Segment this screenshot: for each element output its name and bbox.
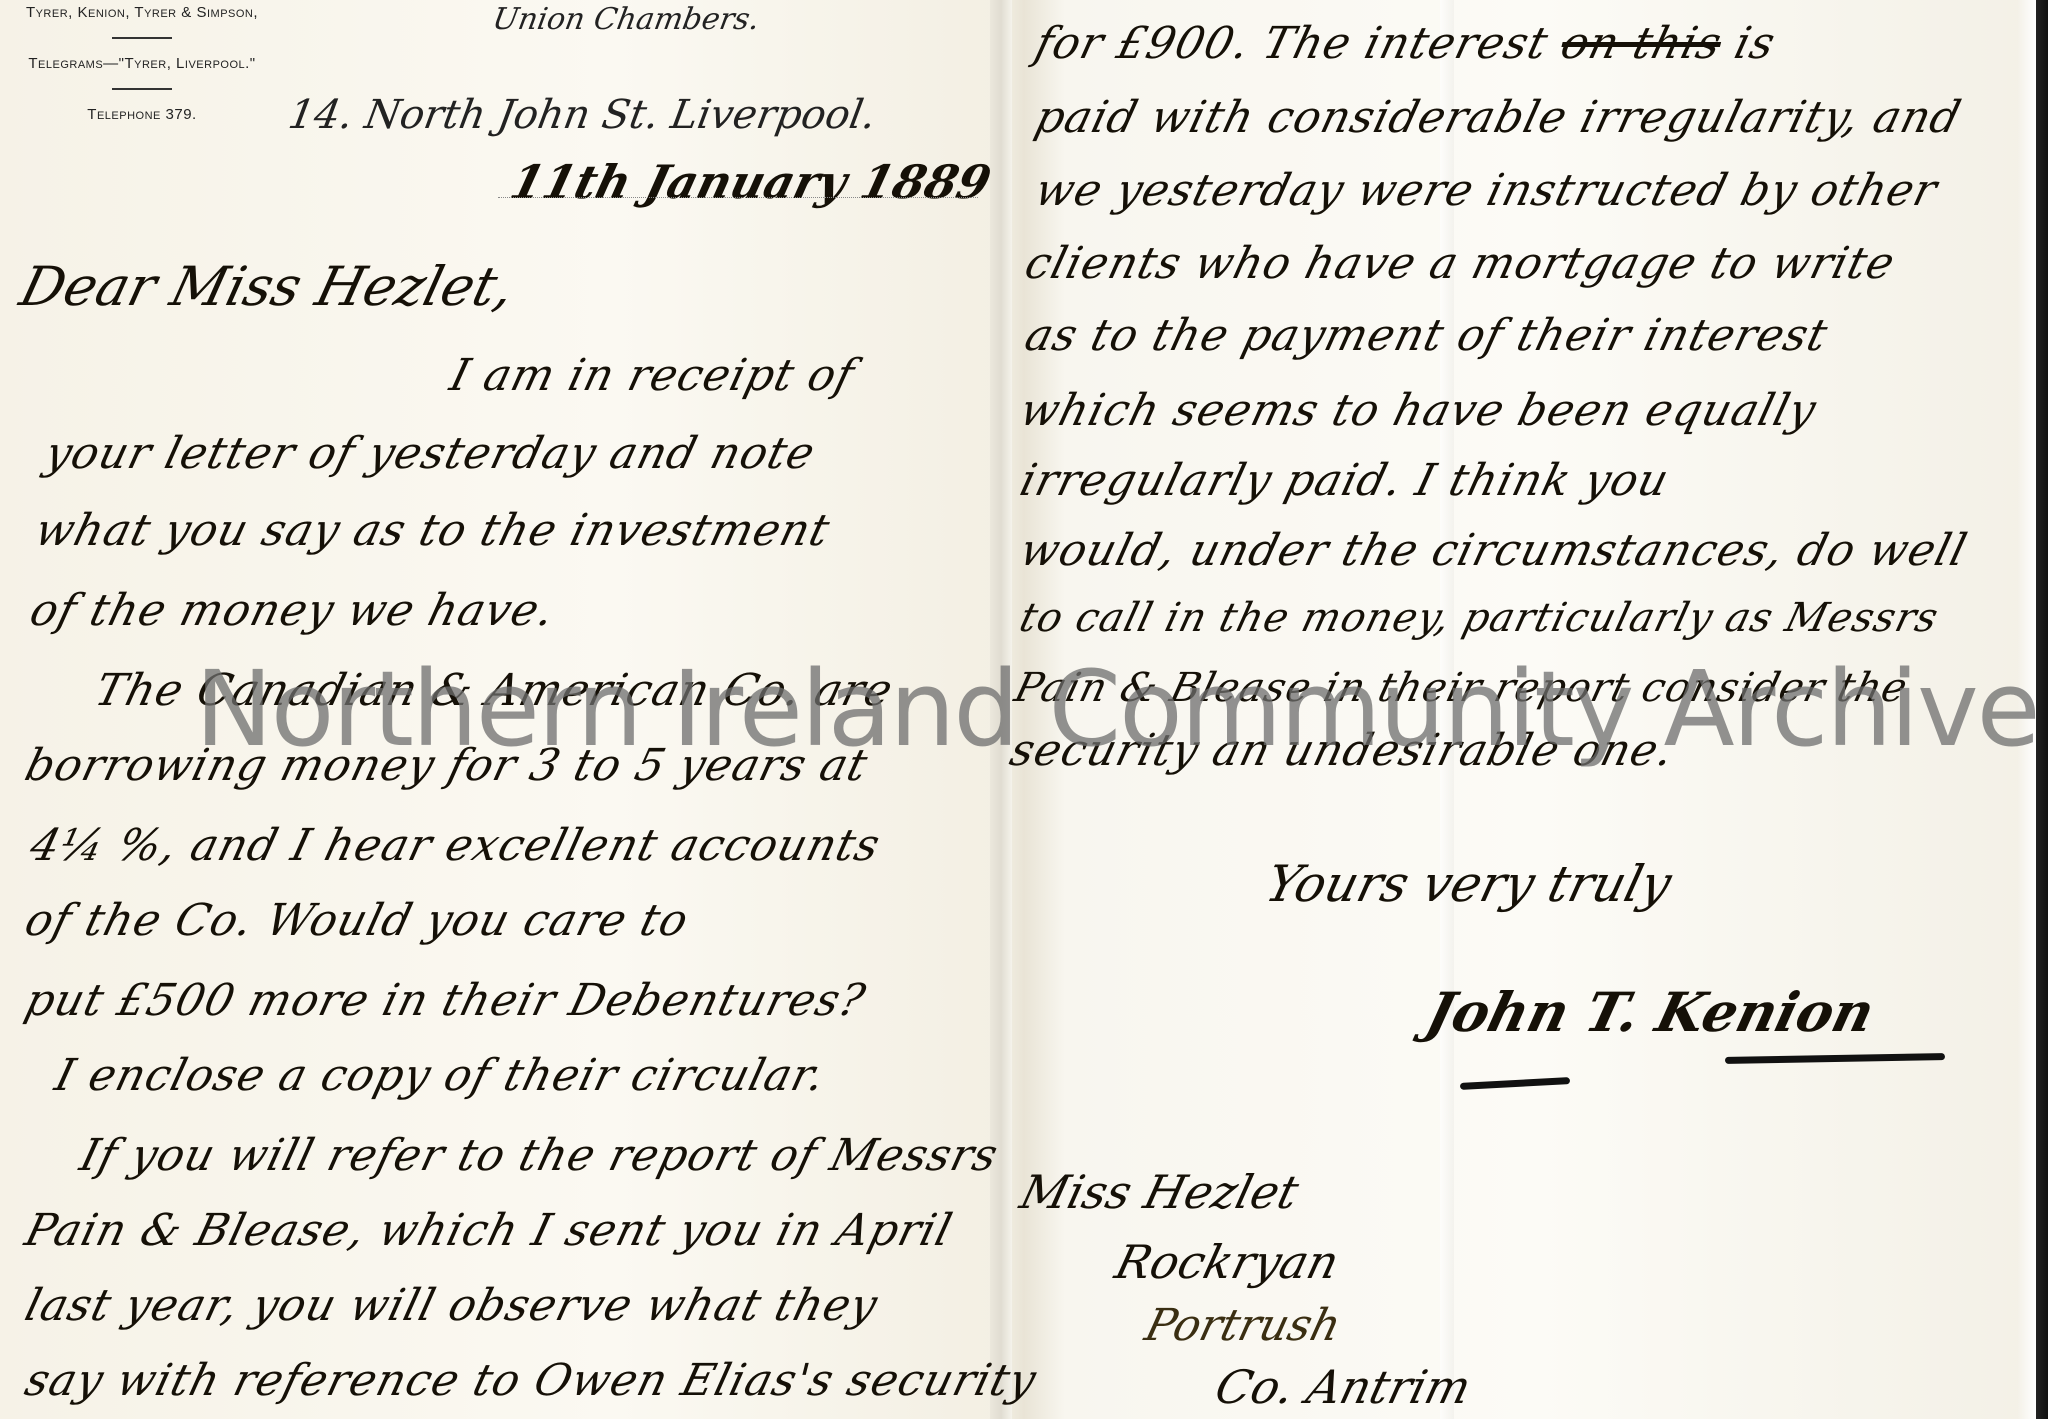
- body-line: 4¼ %, and I hear excellent accounts: [25, 820, 886, 871]
- recipient-house: Rockryan: [1110, 1235, 1344, 1289]
- archive-watermark: Northern Ireland Community Archive: [195, 648, 2039, 770]
- body-line: of the money we have.: [25, 585, 560, 636]
- body-line: put £500 more in their Debentures?: [20, 975, 871, 1026]
- recipient-town: Portrush: [1140, 1300, 1346, 1351]
- salutation: Dear Miss Hezlet,: [14, 255, 521, 318]
- body-line: paid with considerable irregularity, and: [1030, 92, 1966, 143]
- body-line: which seems to have been equally: [1015, 385, 1822, 436]
- letterhead-rule: [112, 88, 172, 90]
- body-line: say with reference to Owen Elias's secur…: [20, 1355, 1042, 1406]
- signature: John T. Kenion: [1420, 980, 1881, 1044]
- recipient-name: Miss Hezlet: [1015, 1165, 1304, 1219]
- letter-date: 11th January 1889: [505, 155, 996, 209]
- letterhead-rule: [112, 37, 172, 39]
- body-line: Pain & Blease, which I sent you in April: [20, 1205, 958, 1256]
- line-start: for £900. The interest: [1030, 18, 1554, 69]
- signature-underline: [1725, 1053, 1945, 1064]
- struck-text: on this: [1556, 18, 1727, 69]
- recipient-county: Co. Antrim: [1210, 1360, 1476, 1414]
- body-line: for £900. The interest on this is: [1030, 18, 1781, 69]
- telegrams-line: Telegrams—"Tyrer, Liverpool.": [12, 55, 272, 72]
- body-line: to call in the money, particularly as Me…: [1015, 595, 1943, 641]
- line-end: is: [1729, 18, 1780, 69]
- body-line: would, under the circumstances, do well: [1015, 525, 1972, 576]
- body-line: what you say as to the investment: [30, 505, 835, 556]
- body-line: your letter of yesterday and note: [40, 428, 820, 479]
- street-address: 14. North John St. Liverpool.: [285, 92, 879, 138]
- body-line: of the Co. Would you care to: [20, 895, 694, 946]
- body-line: we yesterday were instructed by other: [1030, 165, 1943, 216]
- body-line: If you will refer to the report of Messr…: [75, 1130, 1004, 1181]
- body-line: irregularly paid. I think you: [1015, 455, 1674, 506]
- date-rule: [498, 197, 978, 198]
- body-line: I enclose a copy of their circular.: [50, 1050, 831, 1101]
- body-line: last year, you will observe what they: [20, 1280, 883, 1331]
- body-line: I am in receipt of: [445, 350, 860, 401]
- firm-name: Tyrer, Kenion, Tyrer & Simpson,: [12, 4, 272, 21]
- closing: Yours very truly: [1260, 855, 1677, 913]
- building-name: Union Chambers.: [490, 2, 762, 37]
- body-line: as to the payment of their interest: [1020, 310, 1833, 361]
- letterhead: Tyrer, Kenion, Tyrer & Simpson, Telegram…: [12, 0, 272, 123]
- signature-underline: [1460, 1077, 1570, 1090]
- body-line: clients who have a mortgage to write: [1020, 238, 1900, 289]
- telephone-line: Telephone 379.: [12, 106, 272, 123]
